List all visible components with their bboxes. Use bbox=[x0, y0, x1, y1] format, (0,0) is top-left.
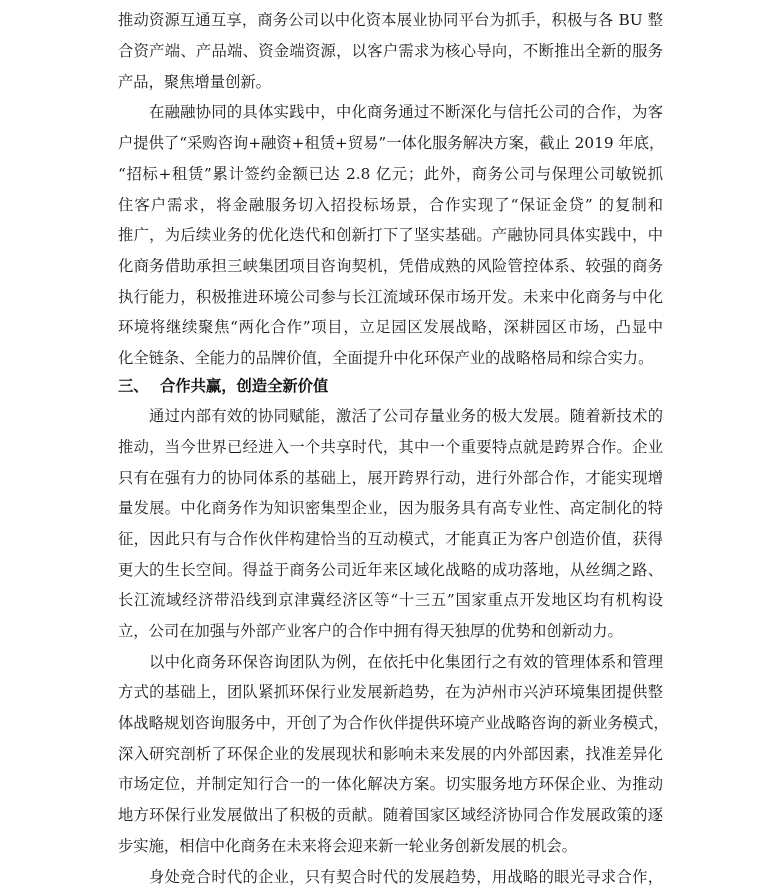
text-line: 户提供了“采购咨询+融资+租赁+贸易”一体化服务解决方案，截止 2019 年底， bbox=[118, 128, 663, 158]
text-line: 征，因此只有与合作伙伴构建恰当的互动模式，才能真正为客户创造价值，获得 bbox=[118, 524, 663, 554]
text-line: 推动资源互通互享，商务公司以中化资本展业协同平台为抓手，积极与各 BU 整 bbox=[118, 5, 663, 35]
text-line: 产品，聚焦增量创新。 bbox=[118, 67, 663, 97]
text-line: 量发展。中化商务作为知识密集型企业，因为服务具有高专业性、高定制化的特 bbox=[118, 493, 663, 523]
text-line: 化商务借助承担三峡集团项目咨询契机，凭借成熟的风险管控体系、较强的商务 bbox=[118, 251, 663, 281]
heading-number: 三、 bbox=[118, 371, 160, 401]
text-line: 通过内部有效的协同赋能，激活了公司存量业务的极大发展。随着新技术的 bbox=[149, 401, 663, 431]
text-line: 执行能力，积极推进环境公司参与长江流域环保市场开发。未来中化商务与中化 bbox=[118, 282, 663, 312]
text-line: 化全链条、全能力的品牌价值，全面提升中化环保产业的战略格局和综合实力。 bbox=[118, 343, 663, 373]
text-line: 长江流域经济带沿线到京津冀经济区等“十三五”国家重点开发地区均有机构设 bbox=[118, 585, 663, 615]
text-line: 立，公司在加强与外部产业客户的合作中拥有得天独厚的优势和创新动力。 bbox=[118, 616, 663, 646]
text-line: 地方环保行业发展做出了积极的贡献。随着国家区域经济协同合作发展政策的逐 bbox=[118, 800, 663, 830]
text-line: 体战略规划咨询服务中，开创了为合作伙伴提供环境产业战略咨询的新业务模式， bbox=[118, 708, 663, 738]
text-line: 市场定位，并制定知行合一的一体化解决方案。切实服务地方环保企业、为推动 bbox=[118, 769, 663, 799]
text-line: “招标+租赁”累计签约金额已达 2.8 亿元；此外，商务公司与保理公司敏锐抓 bbox=[118, 159, 663, 189]
text-line: 推动，当今世界已经进入一个共享时代，其中一个重要特点就是跨界合作。企业 bbox=[118, 432, 663, 462]
text-line: 只有在强有力的协同体系的基础上，展开跨界行动，进行外部合作，才能实现增 bbox=[118, 463, 663, 493]
text-line: 住客户需求，将金融服务切入招投标场景，合作实现了“保证金贷” 的复制和 bbox=[118, 190, 663, 220]
section-heading: 三、合作共赢，创造全新价值 bbox=[118, 371, 328, 401]
text-line: 步实施，相信中化商务在未来将会迎来新一轮业务创新发展的机会。 bbox=[118, 831, 663, 861]
text-line: 以中化商务环保咨询团队为例，在依托中化集团行之有效的管理体系和管理 bbox=[149, 647, 663, 677]
text-line: 身处竞合时代的企业，只有契合时代的发展趋势，用战略的眼光寻求合作， bbox=[149, 862, 663, 890]
text-line: 环境将继续聚焦“两化合作”项目，立足园区发展战略，深耕园区市场，凸显中 bbox=[118, 312, 663, 342]
text-line: 推广，为后续业务的优化迭代和创新打下了坚实基础。产融协同具体实践中，中 bbox=[118, 220, 663, 250]
text-line: 更大的生长空间。得益于商务公司近年来区域化战略的成功落地，从丝绸之路、 bbox=[118, 555, 663, 585]
text-line: 合资产端、产品端、资金端资源，以客户需求为核心导向，不断推出全新的服务 bbox=[118, 36, 663, 66]
document-page: 推动资源互通互享，商务公司以中化资本展业协同平台为抓手，积极与各 BU 整 合资… bbox=[0, 0, 780, 890]
heading-title: 合作共赢，创造全新价值 bbox=[160, 377, 328, 395]
text-line: 方式的基础上，团队紧抓环保行业发展新趋势，在为泸州市兴泸环境集团提供整 bbox=[118, 677, 663, 707]
text-line: 深入研究剖析了环保企业的发展现状和影响未来发展的内外部因素，找准差异化 bbox=[118, 739, 663, 769]
text-line: 在融融协同的具体实践中，中化商务通过不断深化与信托公司的合作，为客 bbox=[149, 97, 663, 127]
